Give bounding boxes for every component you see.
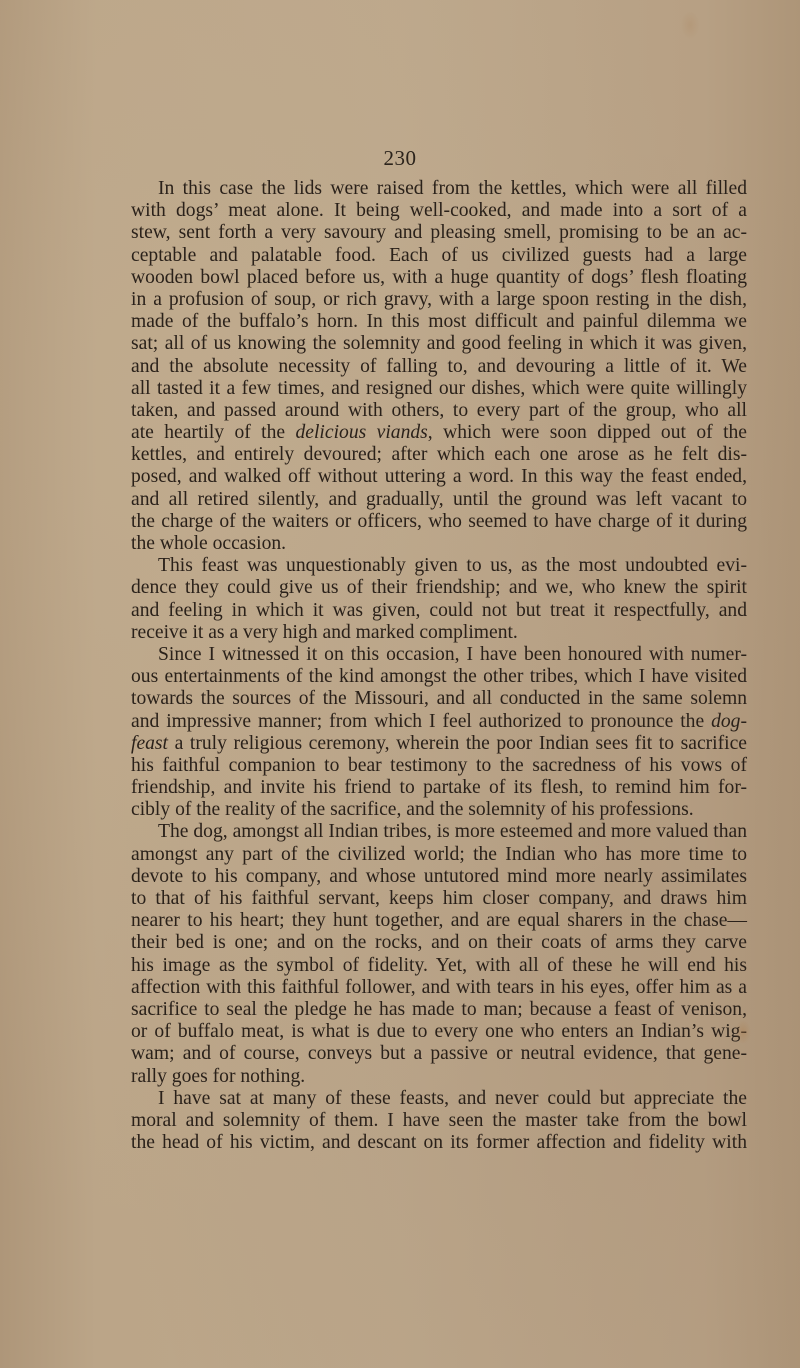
text-line: I have sat at many of these feasts, and … bbox=[131, 1088, 747, 1110]
text-run: , which were soon dipped out of the bbox=[428, 422, 747, 443]
text-line: their bed is one; and on the rocks, and … bbox=[131, 932, 747, 954]
text-line: kettles, and entirely devoured; after wh… bbox=[131, 444, 747, 466]
text-line: made of the buffalo’s horn. In this most… bbox=[131, 311, 747, 333]
text-line: dence they could give us of their friend… bbox=[131, 577, 747, 599]
text-line: ate heartily of the delicious viands, wh… bbox=[131, 422, 747, 444]
text-run: ate heartily of the bbox=[131, 422, 296, 443]
text-line: and the absolute necessity of falling to… bbox=[131, 356, 747, 378]
text-line: or of buffalo meat, is what is due to ev… bbox=[131, 1021, 747, 1043]
text-line: his image as the symbol of fidelity. Yet… bbox=[131, 955, 747, 977]
text-line: moral and solemnity of them. I have seen… bbox=[131, 1110, 747, 1132]
text-line: in a profusion of soup, or rich gravy, w… bbox=[131, 289, 747, 311]
text-line: ous entertainments of the kind amongst t… bbox=[131, 666, 747, 688]
text-line: taken, and passed around with others, to… bbox=[131, 400, 747, 422]
text-line: feast a truly religious ceremony, wherei… bbox=[131, 733, 747, 755]
text-line: his faithful companion to bear testimony… bbox=[131, 755, 747, 777]
italic-text: delicious viands bbox=[296, 422, 428, 443]
text-line: towards the sources of the Missouri, and… bbox=[131, 688, 747, 710]
text-run: a truly religious ceremony, wherein the … bbox=[168, 733, 747, 754]
text-line: sat; all of us knowing the solemnity and… bbox=[131, 333, 747, 355]
text-line: and impressive manner; from which I feel… bbox=[131, 711, 747, 733]
text-line: stew, sent forth a very savoury and plea… bbox=[131, 222, 747, 244]
book-page: 230 In this case the lids were raised fr… bbox=[0, 0, 800, 1368]
text-line: friendship, and invite his friend to par… bbox=[131, 777, 747, 799]
body-text: In this case the lids were raised from t… bbox=[131, 178, 747, 1154]
italic-text: dog- bbox=[711, 711, 747, 732]
text-line: all tasted it a few times, and resigned … bbox=[131, 378, 747, 400]
text-line: cibly of the reality of the sacrifice, a… bbox=[131, 799, 747, 821]
text-line: In this case the lids were raised from t… bbox=[131, 178, 747, 200]
text-line: the whole occasion. bbox=[131, 533, 747, 555]
text-line: to that of his faithful servant, keeps h… bbox=[131, 888, 747, 910]
text-line: amongst any part of the civilized world;… bbox=[131, 844, 747, 866]
text-line: nearer to his heart; they hunt together,… bbox=[131, 910, 747, 932]
text-line: posed, and walked off without uttering a… bbox=[131, 466, 747, 488]
page-number: 230 bbox=[0, 146, 800, 171]
text-line: wooden bowl placed before us, with a hug… bbox=[131, 267, 747, 289]
text-line: with dogs’ meat alone. It being well-coo… bbox=[131, 200, 747, 222]
text-line: The dog, amongst all Indian tribes, is m… bbox=[131, 821, 747, 843]
italic-text: feast bbox=[131, 733, 168, 754]
text-line: and feeling in which it was given, could… bbox=[131, 600, 747, 622]
text-line: wam; and of course, conveys but a passiv… bbox=[131, 1043, 747, 1065]
paper-stain bbox=[680, 10, 700, 40]
text-line: the head of his victim, and descant on i… bbox=[131, 1132, 747, 1154]
text-line: devote to his company, and whose untutor… bbox=[131, 866, 747, 888]
paper-stain bbox=[735, 1020, 751, 1044]
text-line: rally goes for nothing. bbox=[131, 1066, 747, 1088]
text-line: and all retired silently, and gradually,… bbox=[131, 489, 747, 511]
text-line: affection with this faithful follower, a… bbox=[131, 977, 747, 999]
text-line: sacrifice to seal the pledge he has made… bbox=[131, 999, 747, 1021]
text-line: ceptable and palatable food. Each of us … bbox=[131, 245, 747, 267]
text-line: This feast was unquestionably given to u… bbox=[131, 555, 747, 577]
text-run: and impressive manner; from which I feel… bbox=[131, 711, 711, 732]
text-line: receive it as a very high and marked com… bbox=[131, 622, 747, 644]
text-line: the charge of the waiters or officers, w… bbox=[131, 511, 747, 533]
text-line: Since I witnessed it on this occasion, I… bbox=[131, 644, 747, 666]
